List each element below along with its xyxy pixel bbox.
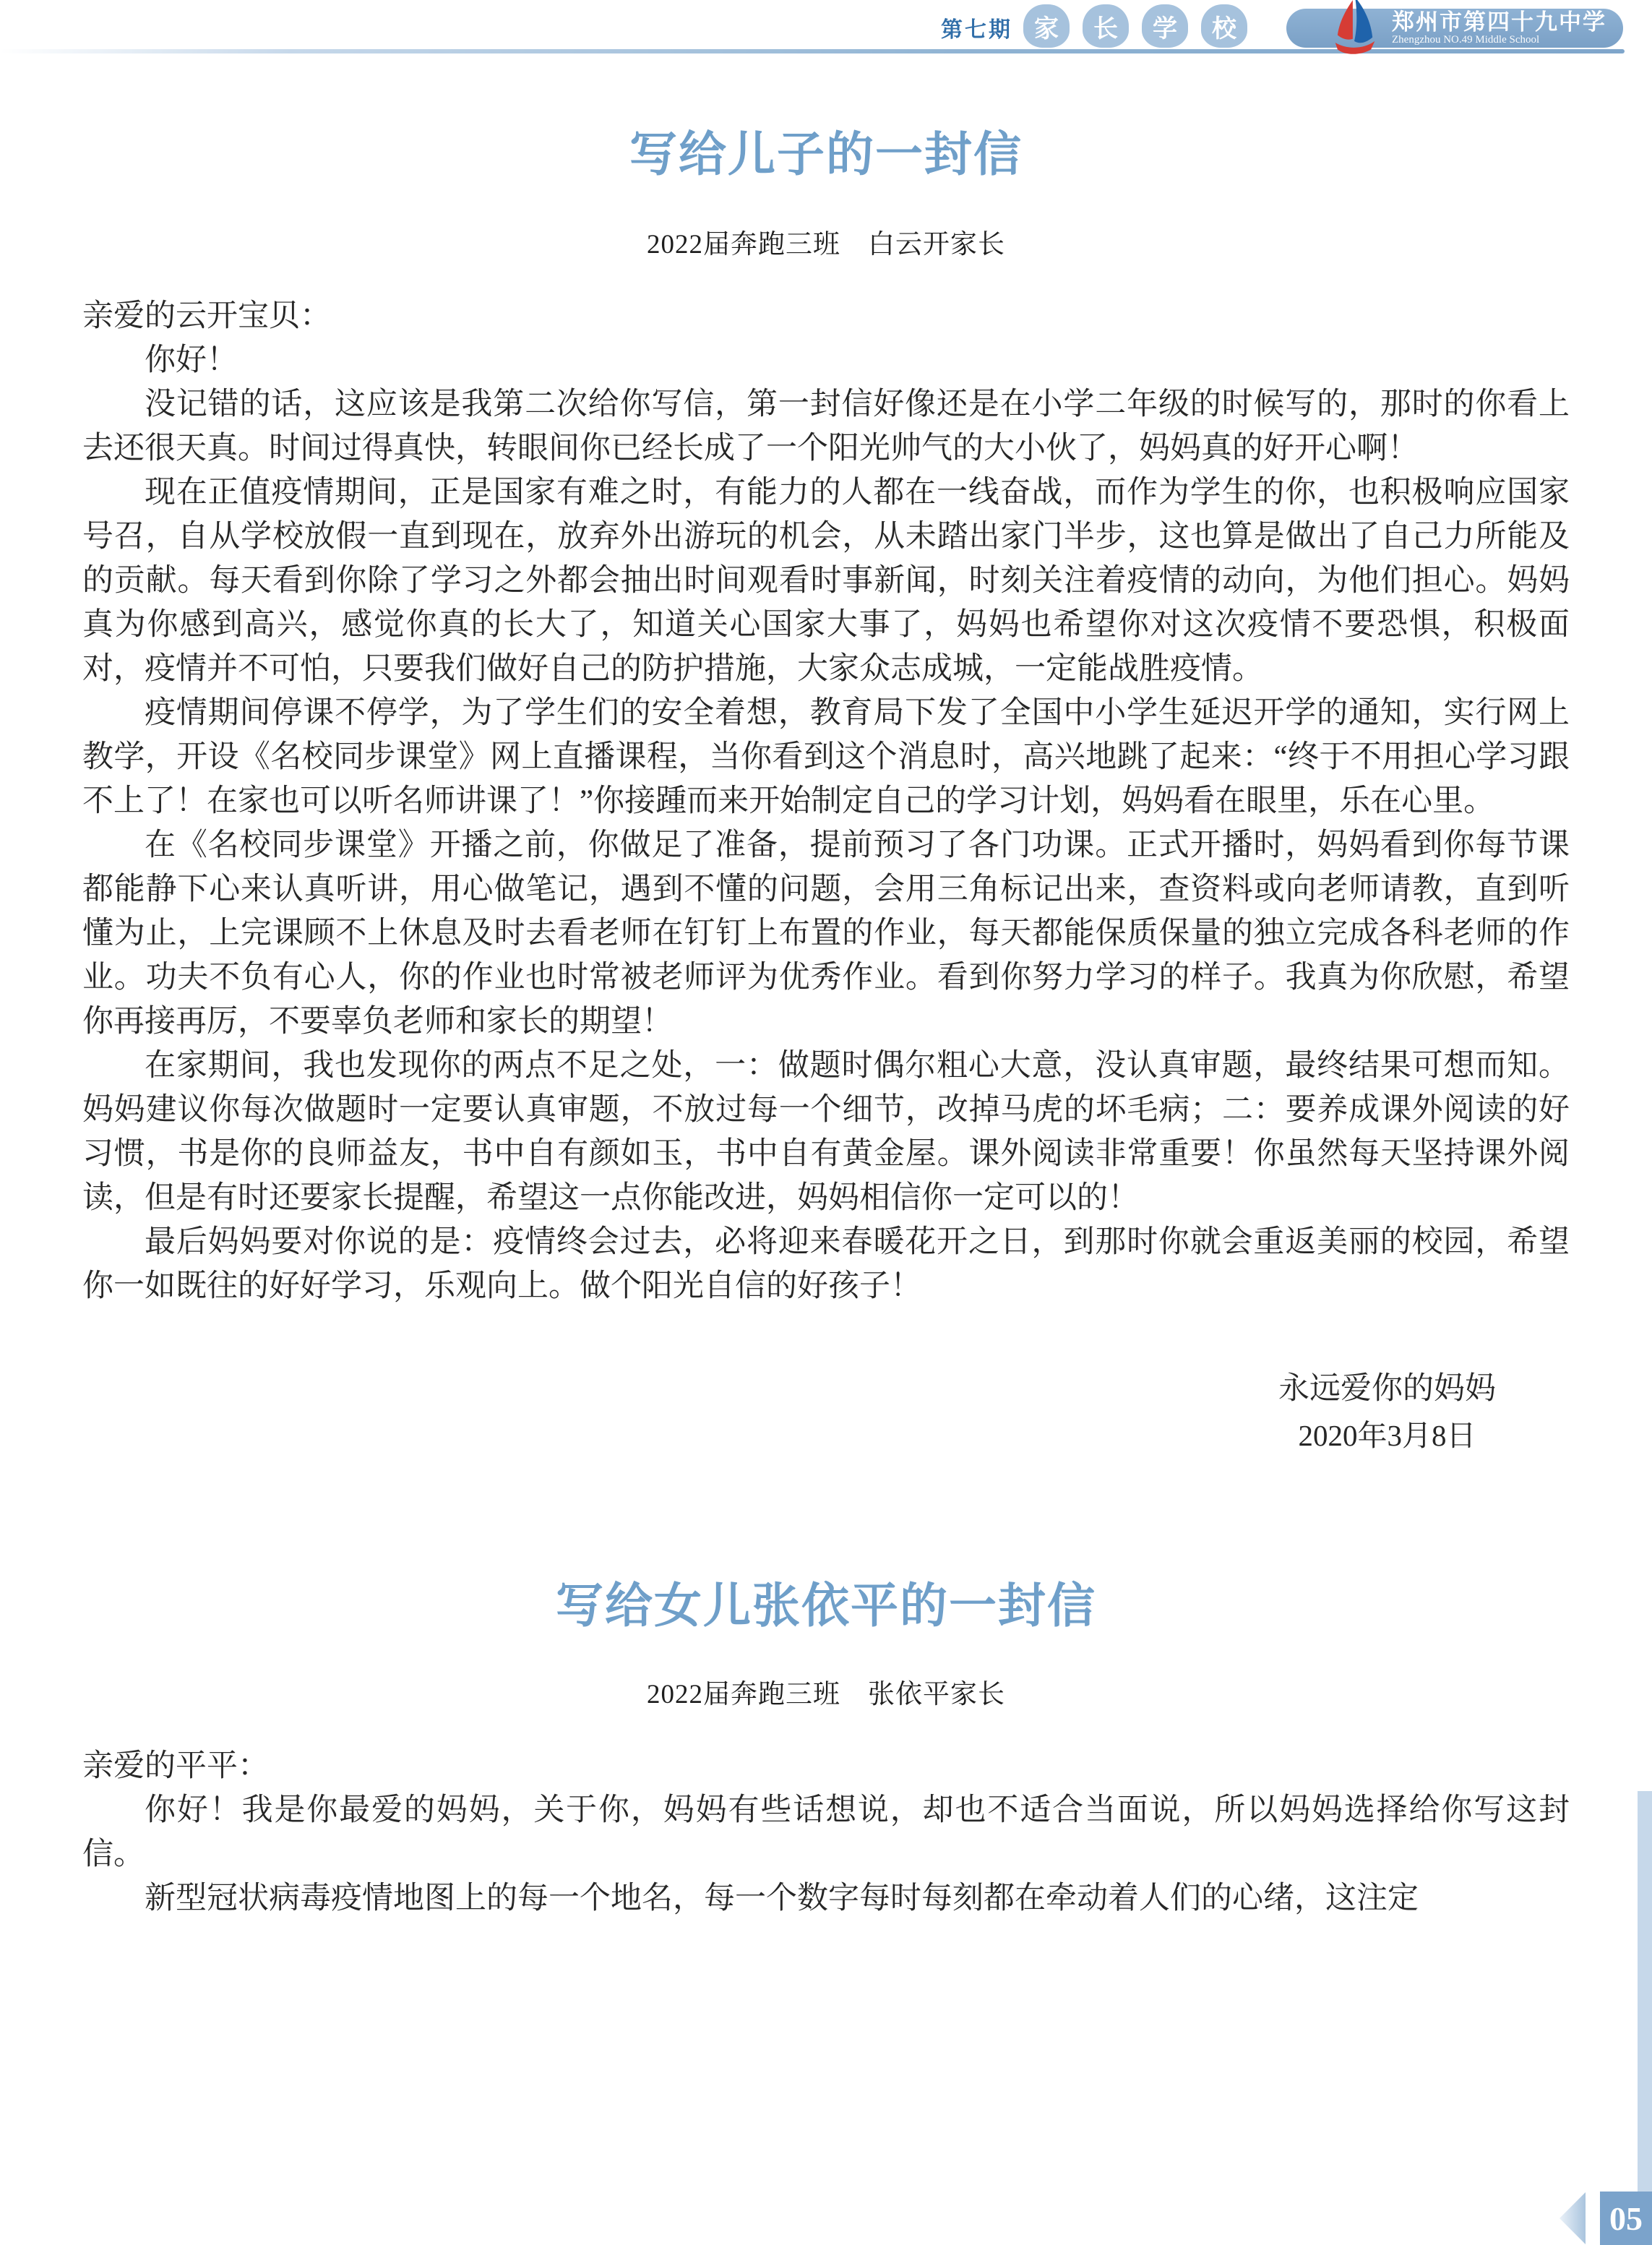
school-banner: 郑州市第四十九中学 Zhengzhou NO.49 Middle School xyxy=(1286,9,1623,48)
page-number-badge: 05 xyxy=(1600,2192,1652,2245)
page-corner-triangle-icon xyxy=(1559,2192,1586,2244)
letter-two-section: 写给女儿张依平的一封信 2022届奔跑三班 张依平家长 亲爱的平平： 你好！我是… xyxy=(0,1459,1652,1920)
letter-one-salutation: 亲爱的云开宝贝： xyxy=(82,294,1570,338)
school-name-cn: 郑州市第四十九中学 xyxy=(1392,10,1606,34)
letter-two-salutation: 亲爱的平平： xyxy=(82,1744,1570,1788)
paragraph: 疫情期间停课不停学，为了学生们的安全着想，教育局下发了全国中小学生延迟开学的通知… xyxy=(82,691,1570,823)
badge-character: 校 xyxy=(1201,4,1247,48)
letter-two-body: 亲爱的平平： 你好！我是你最爱的妈妈，关于你，妈妈有些话想说，却也不适合当面说，… xyxy=(82,1744,1570,1920)
signature: 永远爱你的妈妈 xyxy=(1278,1366,1496,1412)
letter-two-byline: 2022届奔跑三班 张依平家长 xyxy=(0,1672,1652,1711)
letter-one-section: 写给儿子的一封信 2022届奔跑三班 白云开家长 亲爱的云开宝贝： 你好！没记错… xyxy=(0,0,1652,1459)
paragraph: 新型冠状病毒疫情地图上的每一个地名，每一个数字每时每刻都在牵动着人们的心绪，这注… xyxy=(82,1876,1570,1920)
header-divider xyxy=(0,49,1625,53)
page-number: 05 xyxy=(1609,2199,1643,2238)
paragraph: 你好！我是你最爱的妈妈，关于你，妈妈有些话想说，却也不适合当面说，所以妈妈选择给… xyxy=(82,1788,1570,1876)
paragraph: 最后妈妈要对你说的是：疫情终会过去，必将迎来春暖花开之日，到那时你就会重返美丽的… xyxy=(82,1220,1570,1308)
letter-one-signature-block: 永远爱你的妈妈 2020年3月8日 xyxy=(0,1366,1496,1459)
letter-one-body: 亲爱的云开宝贝： 你好！没记错的话，这应该是我第二次给你写信，第一封信好像还是在… xyxy=(82,294,1570,1308)
paragraph: 在家期间，我也发现你的两点不足之处，一：做题时偶尔粗心大意，没认真审题，最终结果… xyxy=(82,1044,1570,1220)
issue-label: 第七期 xyxy=(941,12,1012,43)
paragraph: 没记错的话，这应该是我第二次给你写信，第一封信好像还是在小学二年级的时候写的，那… xyxy=(82,382,1570,471)
newsletter-page: 第七期 家长学校 郑州市第四十九中学 Zhengzhou NO.49 Middl… xyxy=(0,0,1652,2245)
paragraph: 现在正值疫情期间，正是国家有难之时，有能力的人都在一线奋战，而作为学生的你，也积… xyxy=(82,471,1570,691)
badge-character: 家 xyxy=(1023,4,1070,48)
letter-two-title: 写给女儿张依平的一封信 xyxy=(0,1459,1652,1636)
badge-character: 学 xyxy=(1142,4,1188,48)
school-name: 郑州市第四十九中学 Zhengzhou NO.49 Middle School xyxy=(1392,10,1606,46)
letter-one-byline: 2022届奔跑三班 白云开家长 xyxy=(0,222,1652,261)
paragraph: 你好！ xyxy=(82,338,1570,382)
right-edge-strip xyxy=(1638,1791,1652,2192)
school-logo-icon xyxy=(1331,0,1377,58)
paragraph: 在《名校同步课堂》开播之前，你做足了准备，提前预习了各门功课。正式开播时，妈妈看… xyxy=(82,823,1570,1044)
school-name-en: Zhengzhou NO.49 Middle School xyxy=(1392,34,1606,46)
page-header: 第七期 家长学校 郑州市第四十九中学 Zhengzhou NO.49 Middl… xyxy=(0,0,1652,65)
badge-character: 长 xyxy=(1083,4,1129,48)
letter-one-paragraphs: 你好！没记错的话，这应该是我第二次给你写信，第一封信好像还是在小学二年级的时候写… xyxy=(82,338,1570,1308)
letter-two-paragraphs: 你好！我是你最爱的妈妈，关于你，妈妈有些话想说，却也不适合当面说，所以妈妈选择给… xyxy=(82,1788,1570,1920)
parent-school-badges: 家长学校 xyxy=(1023,4,1247,48)
signature-date: 2020年3月8日 xyxy=(1278,1412,1496,1459)
